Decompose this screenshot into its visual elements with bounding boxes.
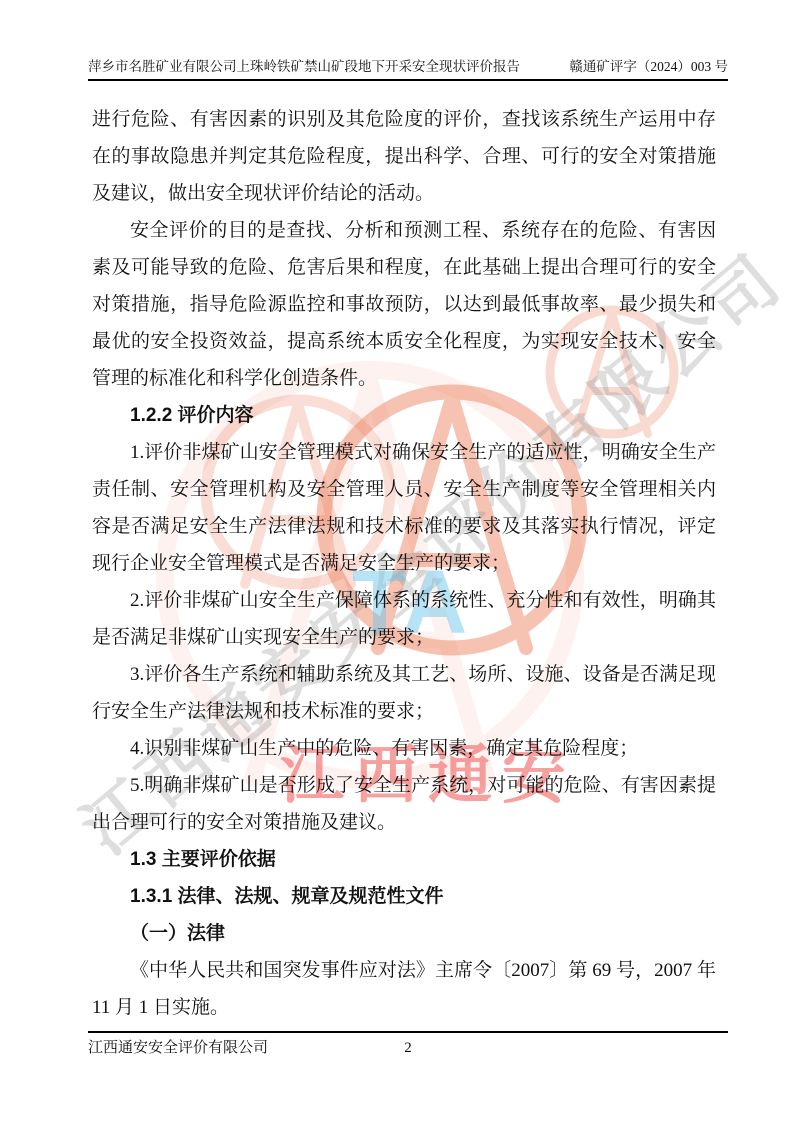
section-heading: 1.2.2 评价内容: [92, 397, 716, 434]
paragraph: 1.评价非煤矿山安全管理模式对确保安全生产的适应性，明确安全生产责任制、安全管理…: [92, 434, 716, 582]
document-page: 江西通安安全评价有限公司 TA 江西通安 萍乡市名胜矿业有限公司上珠岭铁矿禁山矿…: [0, 0, 794, 1122]
paragraph: 2.评价非煤矿山安全生产保障体系的系统性、充分性和有效性，明确其是否满足非煤矿山…: [92, 582, 716, 656]
section-heading: （一）法律: [92, 915, 716, 952]
paragraph: 《中华人民共和国突发事件应对法》主席令〔2007〕第 69 号，2007 年 1…: [92, 952, 716, 1026]
header-report-title: 萍乡市名胜矿业有限公司上珠岭铁矿禁山矿段地下开采安全现状评价报告: [88, 58, 520, 76]
page-footer: 江西通安安全评价有限公司 2: [88, 1031, 728, 1058]
section-heading: 1.3 主要评价依据: [92, 841, 716, 878]
paragraph: 安全评价的目的是查找、分析和预测工程、系统存在的危险、有害因素及可能导致的危险、…: [92, 212, 716, 397]
header-document-code: 赣通矿评字（2024）003 号: [569, 58, 728, 76]
paragraph: 5.明确非煤矿山是否形成了安全生产系统，对可能的危险、有害因素提出合理可行的安全…: [92, 767, 716, 841]
page-number: 2: [88, 1038, 728, 1058]
paragraph: 4.识别非煤矿山生产中的危险、有害因素，确定其危险程度；: [92, 730, 716, 767]
page-header: 萍乡市名胜矿业有限公司上珠岭铁矿禁山矿段地下开采安全现状评价报告 赣通矿评字（2…: [88, 58, 728, 81]
document-body: 进行危险、有害因素的识别及其危险度的评价，查找该系统生产运用中存在的事故隐患并判…: [92, 101, 716, 1026]
paragraph: 进行危险、有害因素的识别及其危险度的评价，查找该系统生产运用中存在的事故隐患并判…: [92, 101, 716, 212]
section-heading: 1.3.1 法律、法规、规章及规范性文件: [92, 878, 716, 915]
paragraph: 3.评价各生产系统和辅助系统及其工艺、场所、设施、设备是否满足现行安全生产法律法…: [92, 656, 716, 730]
